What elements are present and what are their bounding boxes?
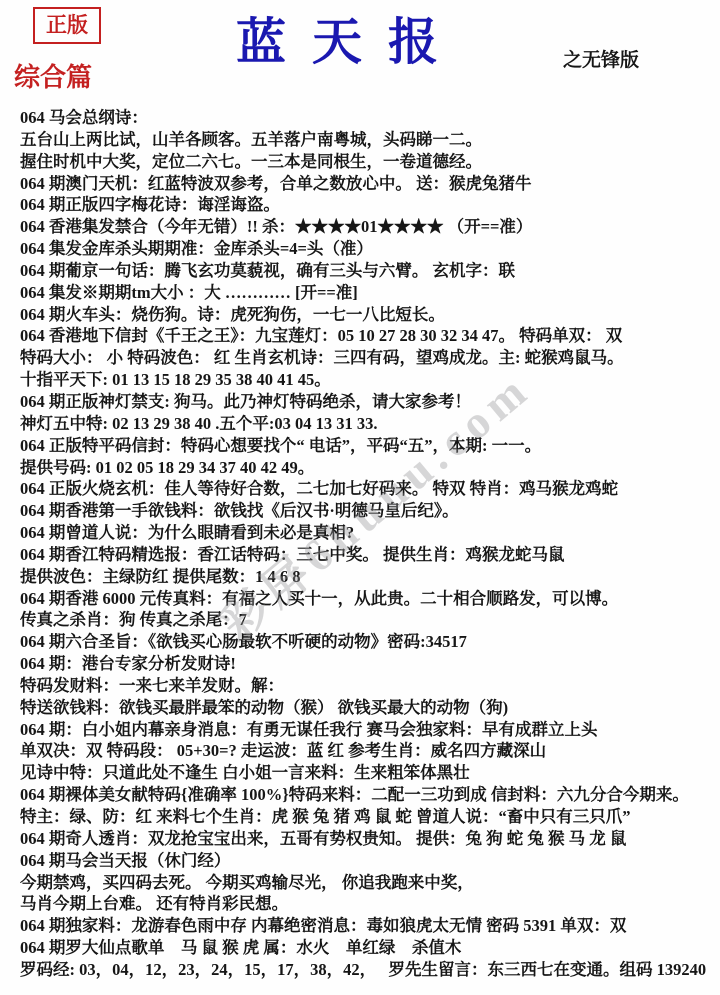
text-line: 064 期独家料：龙游春色雨中存 内幕绝密消息：毒如狼虎太无情 密码 5391 … xyxy=(20,915,718,937)
text-line: 特码发财料：一来七来羊发财。解： xyxy=(20,675,718,697)
text-line: 064 马会总纲诗： xyxy=(20,107,718,129)
content-lines: 064 马会总纲诗：五台山上两比试，山羊各顾客。五羊落户南粤城，头码睇一二。握住… xyxy=(20,107,718,981)
text-line: 064 期罗大仙点歌单 马 鼠 猴 虎 属：水火 单红绿 杀值木 xyxy=(20,937,718,959)
text-line: 十指平天下: 01 13 15 18 29 35 38 40 41 45。 xyxy=(20,369,718,391)
text-line: 064 香港集发禁合（今年无错）!! 杀：★★★★01★★★★ （开==准） xyxy=(20,216,718,238)
section-title: 综合篇 xyxy=(14,57,92,94)
text-line: 064 期马会当天报（休门经） xyxy=(20,850,718,872)
text-line: 064 期正版四字梅花诗：诲淫诲盗。 xyxy=(20,194,718,216)
text-line: 特码大小： 小 特码波色： 红 生肖玄机诗：三四有码，望鸡成龙。主: 蛇猴鸡鼠马… xyxy=(20,347,718,369)
text-line: 064 期香港第一手欲钱料：欲钱找《后汉书·明德马皇后纪》。 xyxy=(20,500,718,522)
text-line: 064 集发金库杀头期期准：金库杀头=4=头（准） xyxy=(20,238,718,260)
text-line: 今期禁鸡，买四码去死。 今期买鸡输尽光， 你追我跑来中奖， xyxy=(20,872,718,894)
text-line: 064 期六合圣旨：《欲钱买心肠最软不听硬的动物》密码:34517 xyxy=(20,631,718,653)
text-line: 064 期：港台专家分析发财诗! xyxy=(20,653,718,675)
text-line: 握住时机中大奖，定位二六七。一三本是同根生，一卷道德经。 xyxy=(20,151,718,173)
text-line: 罗码经: 03，04，12，23，24，15，17，38，42， 罗先生留言：东… xyxy=(20,959,718,981)
text-line: 特送欲钱料：欲钱买最胖最笨的动物（猴） 欲钱买最大的动物（狗) xyxy=(20,697,718,719)
text-line: 单双决：双 特码段： 05+30=? 走运波：蓝 红 参考生肖：威名四方藏深山 xyxy=(20,740,718,762)
text-line: 064 期裸体美女献特码{准确率 100%}特码来料：二配一三功到成 信封料：六… xyxy=(20,784,718,806)
newspaper-page: 正版 蓝天报 之无锋版 综合篇 064 马会总纲诗：五台山上两比试，山羊各顾客。… xyxy=(0,0,720,995)
text-line: 064 期曾道人说：为什么眼睛看到未必是真相? xyxy=(20,522,718,544)
text-line: 传真之杀肖：狗 传真之杀尾：7 xyxy=(20,609,718,631)
text-line: 064 期正版神灯禁支: 狗马。此乃神灯特码绝杀，请大家参考！ xyxy=(20,391,718,413)
text-line: 特主：绿、防：红 来料七个生肖：虎 猴 兔 猪 鸡 鼠 蛇 曾道人说：“畜中只有… xyxy=(20,806,718,828)
text-line: 064 香港地下信封《千王之王》：九宝莲灯：05 10 27 28 30 32 … xyxy=(20,325,718,347)
text-line: 064 期葡京一句话：腾飞玄功莫藐视，确有三头与六臂。 玄机字：联 xyxy=(20,260,718,282)
text-line: 见诗中特：只道此处不逢生 白小姐一言来料：生来粗笨体黑壮 xyxy=(20,762,718,784)
text-line: 064 期澳门天机：红蓝特波双参考，合单之数放心中。 送：猴虎兔猪牛 xyxy=(20,173,718,195)
text-line: 马肖今期上台难。 还有特肖彩民想。 xyxy=(20,893,718,915)
text-line: 064 期香港 6000 元传真料：有福之人买十一，从此贵。二十相合顺路发，可以… xyxy=(20,588,718,610)
text-line: 064 集发※期期tm大小 ：大 ………… [开==准] xyxy=(20,282,718,304)
text-line: 五台山上两比试，山羊各顾客。五羊落户南粤城，头码睇一二。 xyxy=(20,129,718,151)
text-line: 064 期火车头：烧伤狗。诗：虎死狗伤，一七一八比短长。 xyxy=(20,304,718,326)
text-line: 提供波色：主绿防红 提供尾数：1 4 6 8 xyxy=(20,566,718,588)
edition-label: 之无锋版 xyxy=(563,45,639,72)
text-line: 神灯五中特: 02 13 29 38 40 .五个平:03 04 13 31 3… xyxy=(20,413,718,435)
text-line: 064 期香江特码精选报：香江话特码：三七中奖。 提供生肖：鸡猴龙蛇马鼠 xyxy=(20,544,718,566)
text-line: 064 正版特平码信封：特码心想要找个“ 电话”，平码“五”，本期: 一一。 xyxy=(20,435,718,457)
text-line: 提供号码: 01 02 05 18 29 34 37 40 42 49。 xyxy=(20,457,718,479)
text-line: 064 期：白小姐内幕亲身消息：有勇无谋任我行 赛马会独家料：早有成群立上头 xyxy=(20,719,718,741)
text-line: 064 正版火烧玄机：佳人等待好合数，二七加七好码来。 特双 特肖：鸡马猴龙鸡蛇 xyxy=(20,478,718,500)
text-line: 064 期奇人透肖：双龙抢宝宝出来，五哥有势权贵知。 提供：兔 狗 蛇 兔 猴 … xyxy=(20,828,718,850)
